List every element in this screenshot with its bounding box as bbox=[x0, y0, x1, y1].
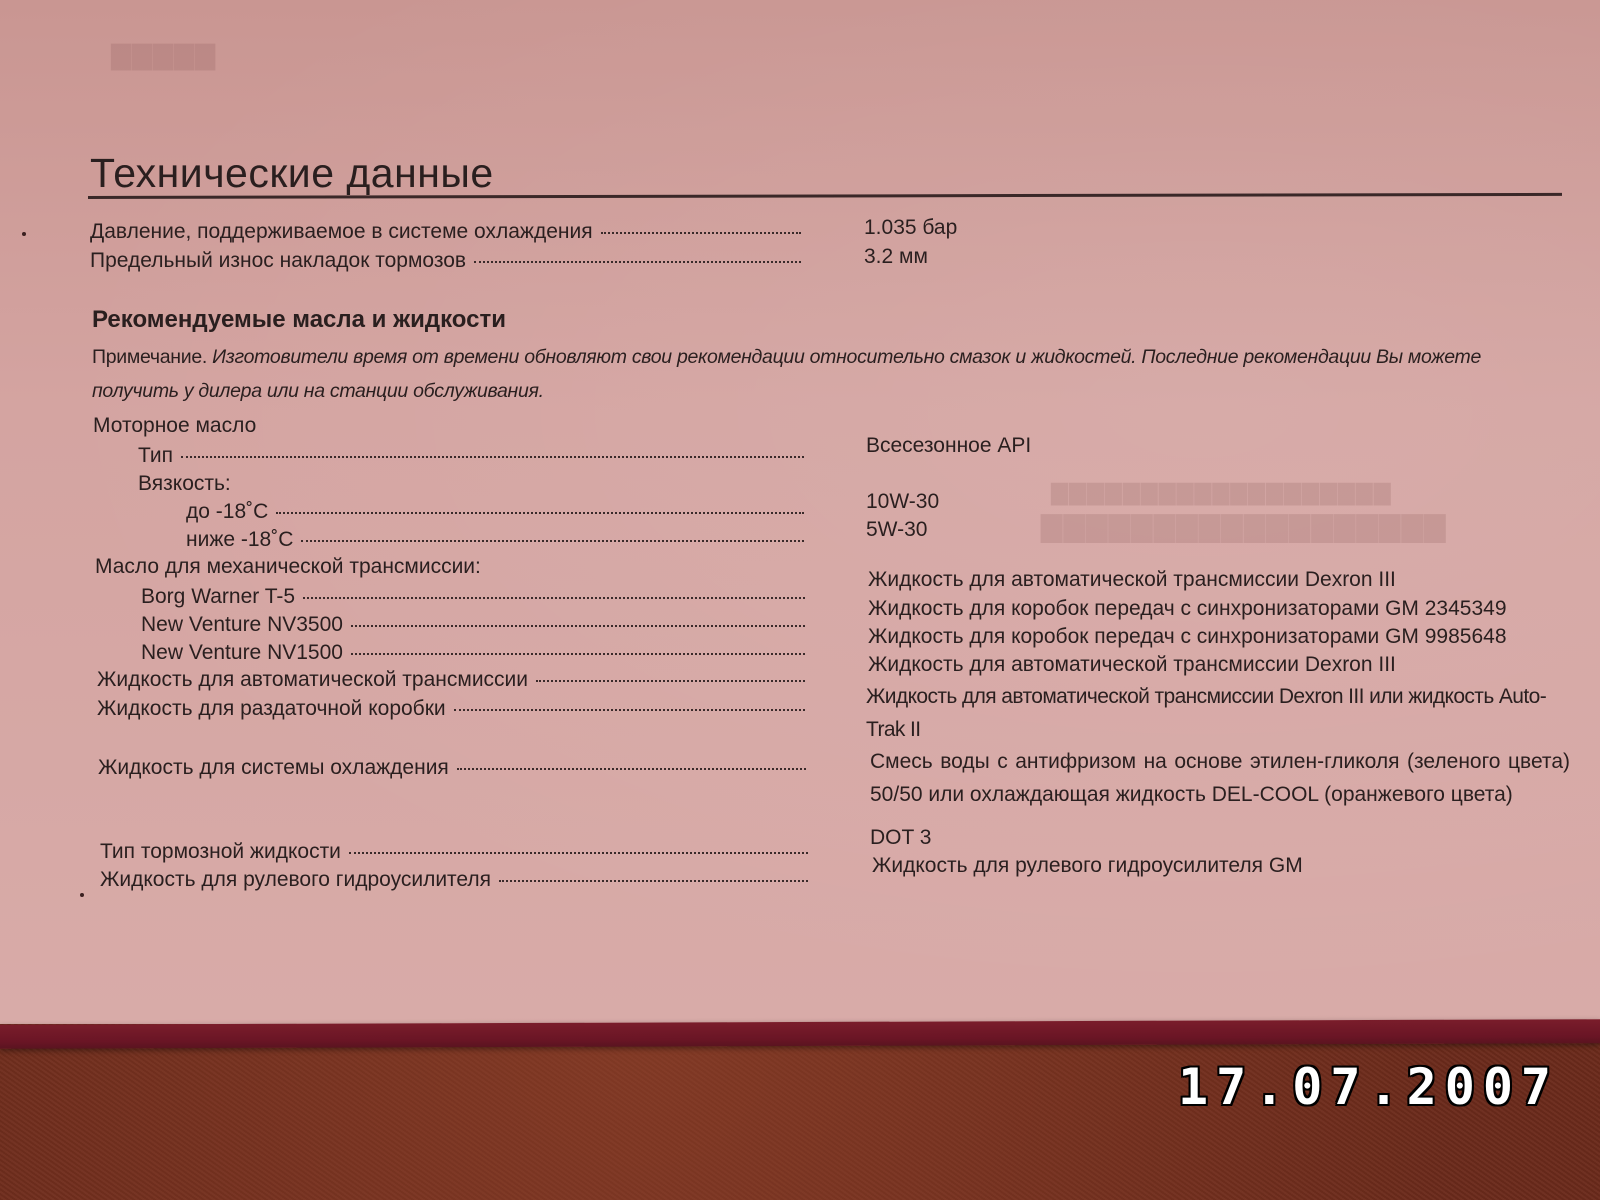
fluid-value-power-steering: Жидкость для рулевого гидроусилителя GM bbox=[872, 854, 1303, 878]
row-label: Жидкость для рулевого гидроусилителя bbox=[100, 868, 491, 892]
fluid-row-power-steering: Жидкость для рулевого гидроусилителя bbox=[100, 868, 812, 892]
dot-leader bbox=[349, 852, 808, 854]
dot-leader bbox=[351, 653, 805, 655]
engine-oil-label: Моторное масло bbox=[93, 414, 256, 438]
viscosity-label: Вязкость: bbox=[138, 472, 231, 496]
fluid-value-cooling-system: Смесь воды с антифризом на основе этилен… bbox=[870, 745, 1570, 811]
fluid-value-brake-fluid: DOT 3 bbox=[870, 826, 931, 850]
camera-date-stamp: 17.07.2007 bbox=[1178, 1058, 1559, 1116]
row-label: New Venture NV3500 bbox=[141, 613, 343, 637]
spec-value-brake-wear: 3.2 мм bbox=[864, 245, 928, 269]
row-label: Жидкость для раздаточной коробки bbox=[97, 697, 446, 721]
fluid-row-cooling-system: Жидкость для системы охлаждения bbox=[98, 756, 810, 780]
dot-leader bbox=[457, 768, 806, 770]
row-label: Тип тормозной жидкости bbox=[100, 840, 341, 864]
manual-transmission-row: New Venture NV1500 bbox=[141, 641, 809, 665]
spec-row-coolant-pressure: Давление, поддерживаемое в системе охлаж… bbox=[90, 220, 805, 244]
section-note: Примечание. Изготовители время от времен… bbox=[92, 340, 1572, 408]
note-label: Примечание. bbox=[92, 346, 207, 368]
fluid-row-transfer-case: Жидкость для раздаточной коробки bbox=[97, 697, 809, 721]
dot-leader bbox=[474, 261, 801, 263]
viscosity-value: 5W-30 bbox=[866, 518, 927, 542]
section-heading: Рекомендуемые масла и жидкости bbox=[92, 306, 506, 334]
show-through-text: ▇▇▇▇▇▇▇▇▇▇▇▇▇▇▇▇▇▇▇ bbox=[1050, 480, 1390, 506]
manual-transmission-value: Жидкость для коробок передач с синхрониз… bbox=[868, 597, 1507, 621]
manual-transmission-label: Масло для механической трансмиссии: bbox=[95, 555, 481, 579]
manual-transmission-row: Borg Warner T-5 bbox=[141, 585, 809, 609]
manual-transmission-value: Жидкость для коробок передач с синхрониз… bbox=[868, 625, 1507, 649]
spec-label: Предельный износ накладок тормозов bbox=[90, 249, 466, 273]
row-label: Жидкость для автоматической трансмиссии bbox=[97, 668, 528, 692]
dot-leader bbox=[351, 625, 805, 627]
manual-transmission-row: New Venture NV3500 bbox=[141, 613, 809, 637]
dot-leader bbox=[601, 232, 801, 234]
row-label: до -18˚С bbox=[186, 500, 268, 524]
viscosity-value: 10W-30 bbox=[866, 490, 939, 514]
fluid-value-automatic-transmission: Жидкость для автоматической трансмиссии … bbox=[868, 653, 1396, 677]
row-label: ниже -18˚С bbox=[186, 528, 293, 552]
note-text: Изготовители время от времени обновляют … bbox=[92, 346, 1481, 402]
paper-speck bbox=[80, 893, 84, 897]
spec-row-brake-wear: Предельный износ накладок тормозов bbox=[90, 249, 805, 273]
engine-oil-type-value: Всесезонное API bbox=[866, 434, 1031, 458]
dot-leader bbox=[301, 540, 804, 542]
show-through-text: ▇▇▇▇▇ bbox=[110, 40, 215, 71]
dot-leader bbox=[181, 456, 804, 458]
fluid-row-automatic-transmission: Жидкость для автоматической трансмиссии bbox=[97, 668, 809, 692]
book-cover-edge bbox=[0, 1019, 1600, 1049]
dot-leader bbox=[303, 597, 805, 599]
dot-leader bbox=[276, 512, 804, 514]
viscosity-row: до -18˚С bbox=[186, 500, 808, 524]
dot-leader bbox=[454, 709, 805, 711]
viscosity-row: ниже -18˚С bbox=[186, 528, 808, 552]
row-label: Жидкость для системы охлаждения bbox=[98, 756, 449, 780]
photo-scene: ▇▇▇▇▇ ▇▇▇▇▇▇▇▇▇▇▇▇▇▇▇▇▇▇▇ ▇▇▇▇▇▇▇▇▇▇▇▇▇▇… bbox=[0, 0, 1600, 1200]
fluid-row-brake-fluid: Тип тормозной жидкости bbox=[100, 840, 812, 864]
row-label: Borg Warner T-5 bbox=[141, 585, 295, 609]
show-through-text: ▇▇▇▇▇▇▇▇▇▇▇▇▇▇▇▇▇▇ bbox=[1040, 510, 1446, 543]
manual-transmission-value: Жидкость для автоматической трансмиссии … bbox=[868, 568, 1396, 592]
engine-oil-type-row: Тип bbox=[138, 444, 808, 468]
page-title: Технические данные bbox=[90, 150, 494, 197]
row-label: Тип bbox=[138, 444, 173, 468]
spec-label: Давление, поддерживаемое в системе охлаж… bbox=[90, 220, 593, 244]
fluid-value-transfer-case: Жидкость для автоматической трансмиссии … bbox=[866, 680, 1566, 746]
dot-leader bbox=[536, 680, 805, 682]
row-label: New Venture NV1500 bbox=[141, 641, 343, 665]
dot-leader bbox=[499, 880, 808, 882]
paper-speck bbox=[22, 232, 26, 236]
spec-value-coolant-pressure: 1.035 бар bbox=[864, 216, 957, 240]
manual-page: ▇▇▇▇▇ ▇▇▇▇▇▇▇▇▇▇▇▇▇▇▇▇▇▇▇ ▇▇▇▇▇▇▇▇▇▇▇▇▇▇… bbox=[0, 0, 1600, 1024]
